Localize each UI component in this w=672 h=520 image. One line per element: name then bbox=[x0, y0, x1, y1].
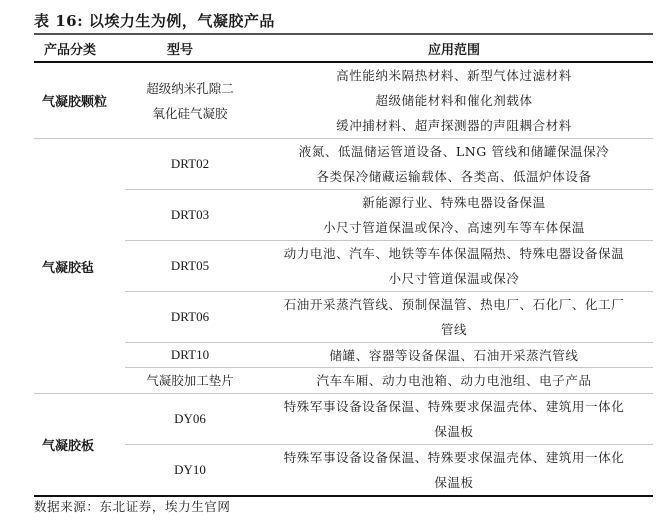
table-row: DRT05 动力电池、汽车、地铁等车体保温隔热、特殊电器设备保温 小尺寸管道保温… bbox=[125, 241, 653, 291]
model-cell: DY06 bbox=[125, 411, 255, 427]
application-cell: 汽车车厢、动力电池箱、动力电池组、电子产品 bbox=[255, 368, 653, 393]
table-caption: 表 16: 以埃力生为例，气凝胶产品 bbox=[34, 10, 275, 31]
table-row: 气凝胶加工垫片 汽车车厢、动力电池箱、动力电池组、电子产品 bbox=[125, 368, 653, 393]
header-category: 产品分类 bbox=[34, 39, 125, 58]
model-cell: DRT06 bbox=[125, 309, 255, 325]
table-row: DRT02 液氮、低温储运管道设备、LNG 管线和储罐保温保冷 各类保冷储藏运输… bbox=[125, 139, 653, 189]
model-cell: 超级纳米孔隙二 氧化硅气凝胶 bbox=[125, 76, 255, 126]
application-cell: 新能源行业、特殊电器设备保温 小尺寸管道保温或保冷、高速列车等车体保温 bbox=[255, 190, 653, 240]
model-cell: DRT05 bbox=[125, 258, 255, 274]
header-model: 型号 bbox=[125, 39, 255, 58]
category-cell: 气凝胶板 bbox=[34, 394, 125, 495]
table-row: DY10 特殊军事设备设备保温、特殊要求保温壳体、建筑用一体化 保温板 bbox=[125, 445, 653, 495]
group-board: 气凝胶板 DY06 特殊军事设备设备保温、特殊要求保温壳体、建筑用一体化 保温板… bbox=[34, 394, 653, 495]
application-cell: 液氮、低温储运管道设备、LNG 管线和储罐保温保冷 各类保冷储藏运输载体、各类高… bbox=[255, 139, 653, 189]
table-row: DRT06 石油开采蒸汽管线、预制保温管、热电厂、石化厂、化工厂 管线 bbox=[125, 292, 653, 342]
model-cell: 气凝胶加工垫片 bbox=[125, 368, 255, 393]
application-cell: 石油开采蒸汽管线、预制保温管、热电厂、石化厂、化工厂 管线 bbox=[255, 292, 653, 342]
group-granules: 气凝胶颗粒 超级纳米孔隙二 氧化硅气凝胶 高性能纳米隔热材料、新型气体过滤材料 … bbox=[34, 63, 653, 138]
table-header: 产品分类 型号 应用范围 bbox=[34, 35, 653, 61]
table-row: DY06 特殊军事设备设备保温、特殊要求保温壳体、建筑用一体化 保温板 bbox=[125, 394, 653, 444]
application-cell: 高性能纳米隔热材料、新型气体过滤材料 超级储能材料和催化剂载体 缓冲捕材料、超声… bbox=[255, 63, 653, 138]
product-table: 产品分类 型号 应用范围 气凝胶颗粒 超级纳米孔隙二 氧化硅气凝胶 高性能纳米隔… bbox=[34, 33, 653, 497]
category-cell: 气凝胶颗粒 bbox=[34, 63, 125, 138]
model-cell: DRT02 bbox=[125, 156, 255, 172]
data-source-note: 数据来源：东北证券，埃力生官网 bbox=[34, 497, 231, 515]
table-row: 超级纳米孔隙二 氧化硅气凝胶 高性能纳米隔热材料、新型气体过滤材料 超级储能材料… bbox=[125, 63, 653, 138]
table-row: DRT03 新能源行业、特殊电器设备保温 小尺寸管道保温或保冷、高速列车等车体保… bbox=[125, 190, 653, 240]
application-cell: 特殊军事设备设备保温、特殊要求保温壳体、建筑用一体化 保温板 bbox=[255, 445, 653, 495]
group-felt: 气凝胶毡 DRT02 液氮、低温储运管道设备、LNG 管线和储罐保温保冷 各类保… bbox=[34, 139, 653, 393]
application-cell: 动力电池、汽车、地铁等车体保温隔热、特殊电器设备保温 小尺寸管道保温或保冷 bbox=[255, 241, 653, 291]
table-row: DRT10 储罐、容器等设备保温、石油开采蒸汽管线 bbox=[125, 343, 653, 367]
category-cell: 气凝胶毡 bbox=[34, 139, 125, 393]
application-cell: 特殊军事设备设备保温、特殊要求保温壳体、建筑用一体化 保温板 bbox=[255, 394, 653, 444]
application-cell: 储罐、容器等设备保温、石油开采蒸汽管线 bbox=[255, 343, 653, 368]
header-application: 应用范围 bbox=[255, 39, 653, 58]
model-cell: DRT10 bbox=[125, 347, 255, 363]
model-cell: DY10 bbox=[125, 462, 255, 478]
model-cell: DRT03 bbox=[125, 207, 255, 223]
